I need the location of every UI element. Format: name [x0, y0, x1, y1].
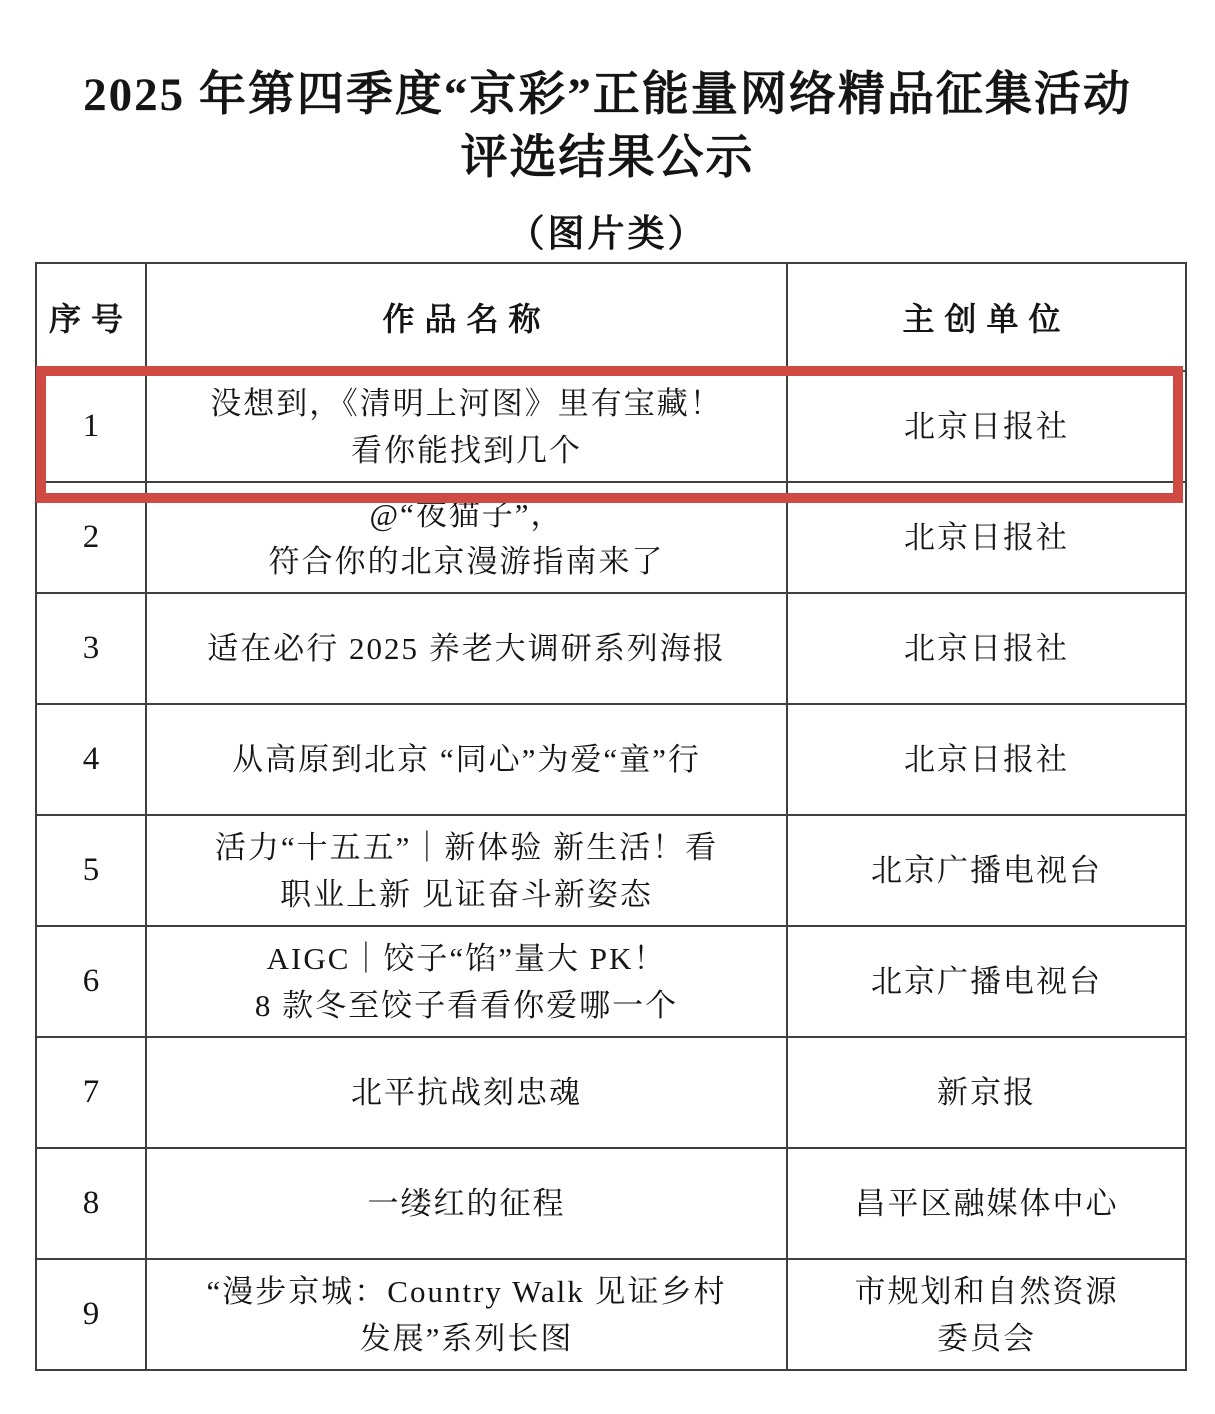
document-page: 2025 年第四季度“京彩”正能量网络精品征集活动 评选结果公示 （图片类） 序… — [0, 0, 1215, 1414]
cell-org: 北京广播电视台 — [787, 815, 1186, 926]
table-row: 1 没想到，《清明上河图》里有宝藏！ 看你能找到几个 北京日报社 — [36, 371, 1186, 482]
cell-work-title: 一缕红的征程 — [146, 1148, 787, 1259]
table-row: 2 @“夜猫子”， 符合你的北京漫游指南来了 北京日报社 — [36, 482, 1186, 593]
table-row: 4 从高原到北京 “同心”为爱“童”行 北京日报社 — [36, 704, 1186, 815]
cell-work-title: 从高原到北京 “同心”为爱“童”行 — [146, 704, 787, 815]
page-subtitle: （图片类） — [0, 203, 1215, 257]
header-cell-work-title: 作品名称 — [146, 263, 787, 371]
cell-org: 市规划和自然资源 委员会 — [787, 1259, 1186, 1370]
cell-index: 9 — [36, 1259, 146, 1370]
cell-org: 北京广播电视台 — [787, 926, 1186, 1037]
header-cell-index: 序号 — [36, 263, 146, 371]
cell-org: 新京报 — [787, 1037, 1186, 1148]
cell-org: 北京日报社 — [787, 482, 1186, 593]
cell-org: 北京日报社 — [787, 593, 1186, 704]
cell-org: 昌平区融媒体中心 — [787, 1148, 1186, 1259]
cell-org: 北京日报社 — [787, 371, 1186, 482]
cell-work-title: 北平抗战刻忠魂 — [146, 1037, 787, 1148]
cell-index: 7 — [36, 1037, 146, 1148]
cell-index: 6 — [36, 926, 146, 1037]
results-table: 序号 作品名称 主创单位 1 没想到，《清明上河图》里有宝藏！ 看你能找到几个 … — [35, 262, 1187, 1371]
cell-work-title: “漫步京城：Country Walk 见证乡村 发展”系列长图 — [146, 1259, 787, 1370]
cell-index: 2 — [36, 482, 146, 593]
table-row: 6 AIGC｜饺子“馅”量大 PK！ 8 款冬至饺子看看你爱哪一个 北京广播电视… — [36, 926, 1186, 1037]
cell-work-title: 活力“十五五”｜新体验 新生活！看 职业上新 见证奋斗新姿态 — [146, 815, 787, 926]
cell-work-title: AIGC｜饺子“馅”量大 PK！ 8 款冬至饺子看看你爱哪一个 — [146, 926, 787, 1037]
cell-index: 8 — [36, 1148, 146, 1259]
cell-index: 3 — [36, 593, 146, 704]
cell-index: 5 — [36, 815, 146, 926]
table-header-row: 序号 作品名称 主创单位 — [36, 263, 1186, 371]
table-row: 5 活力“十五五”｜新体验 新生活！看 职业上新 见证奋斗新姿态 北京广播电视台 — [36, 815, 1186, 926]
table-row: 7 北平抗战刻忠魂 新京报 — [36, 1037, 1186, 1148]
cell-org: 北京日报社 — [787, 704, 1186, 815]
header-cell-org: 主创单位 — [787, 263, 1186, 371]
table-row: 9 “漫步京城：Country Walk 见证乡村 发展”系列长图 市规划和自然… — [36, 1259, 1186, 1370]
cell-work-title: @“夜猫子”， 符合你的北京漫游指南来了 — [146, 482, 787, 593]
cell-index: 1 — [36, 371, 146, 482]
page-title: 2025 年第四季度“京彩”正能量网络精品征集活动 评选结果公示 — [0, 64, 1215, 190]
cell-work-title: 适在必行 2025 养老大调研系列海报 — [146, 593, 787, 704]
cell-index: 4 — [36, 704, 146, 815]
table-row: 8 一缕红的征程 昌平区融媒体中心 — [36, 1148, 1186, 1259]
table-row: 3 适在必行 2025 养老大调研系列海报 北京日报社 — [36, 593, 1186, 704]
cell-work-title: 没想到，《清明上河图》里有宝藏！ 看你能找到几个 — [146, 371, 787, 482]
